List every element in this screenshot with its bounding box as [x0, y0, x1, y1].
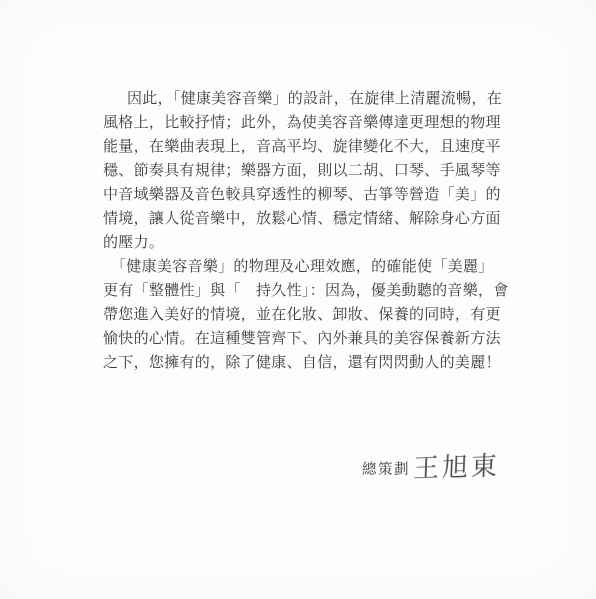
text-line: 風格上，比較抒情；此外，為使美容音樂傳達更理想的物理 — [103, 111, 507, 135]
signature-role-label: 總策劃 — [362, 458, 410, 479]
text-line: 情境，讓人從音樂中，放鬆心情、穩定情緒、解除身心方面 — [103, 207, 507, 231]
text-line: 帶您進入美好的情境，並在化妝、卸妝、保養的同時，有更 — [103, 303, 507, 327]
text-line: 中音域樂器及音色較具穿透性的柳琴、古箏等營造「美」的 — [103, 183, 507, 207]
text-line: 「健康美容音樂」的物理及心理效應，的確能使「美麗」 — [103, 255, 507, 279]
text-line: 穩、節奏具有規律；樂器方面，則以二胡、口琴、手風琴等 — [103, 159, 507, 183]
text-line: 因此，「健康美容音樂」的設計，在旋律上清麗流暢，在 — [103, 87, 507, 111]
text-line: 更有「整體性」與「 持久性」：因為，優美動聽的音樂，會 — [103, 279, 507, 303]
text-line: 愉快的心情。在這種雙管齊下、內外兼具的美容保養新方法 — [103, 327, 507, 351]
text-line: 能量，在樂曲表現上，音高平均、旋律變化不大，且速度平 — [103, 135, 507, 159]
document-text: 因此，「健康美容音樂」的設計，在旋律上清麗流暢，在 風格上，比較抒情；此外，為使… — [103, 87, 507, 375]
signature-block: 總策劃 王旭東 — [0, 442, 596, 502]
paragraph-1: 因此，「健康美容音樂」的設計，在旋律上清麗流暢，在 風格上，比較抒情；此外，為使… — [103, 87, 507, 255]
text-line: 之下，您擁有的，除了健康、自信，還有閃閃動人的美麗！ — [103, 351, 507, 375]
paragraph-2: 「健康美容音樂」的物理及心理效應，的確能使「美麗」 更有「整體性」與「 持久性」… — [103, 255, 507, 375]
signature-handwritten-name: 王旭東 — [412, 445, 500, 485]
scanned-page: 因此，「健康美容音樂」的設計，在旋律上清麗流暢，在 風格上，比較抒情；此外，為使… — [0, 0, 596, 599]
text-line: 的壓力。 — [103, 231, 507, 255]
